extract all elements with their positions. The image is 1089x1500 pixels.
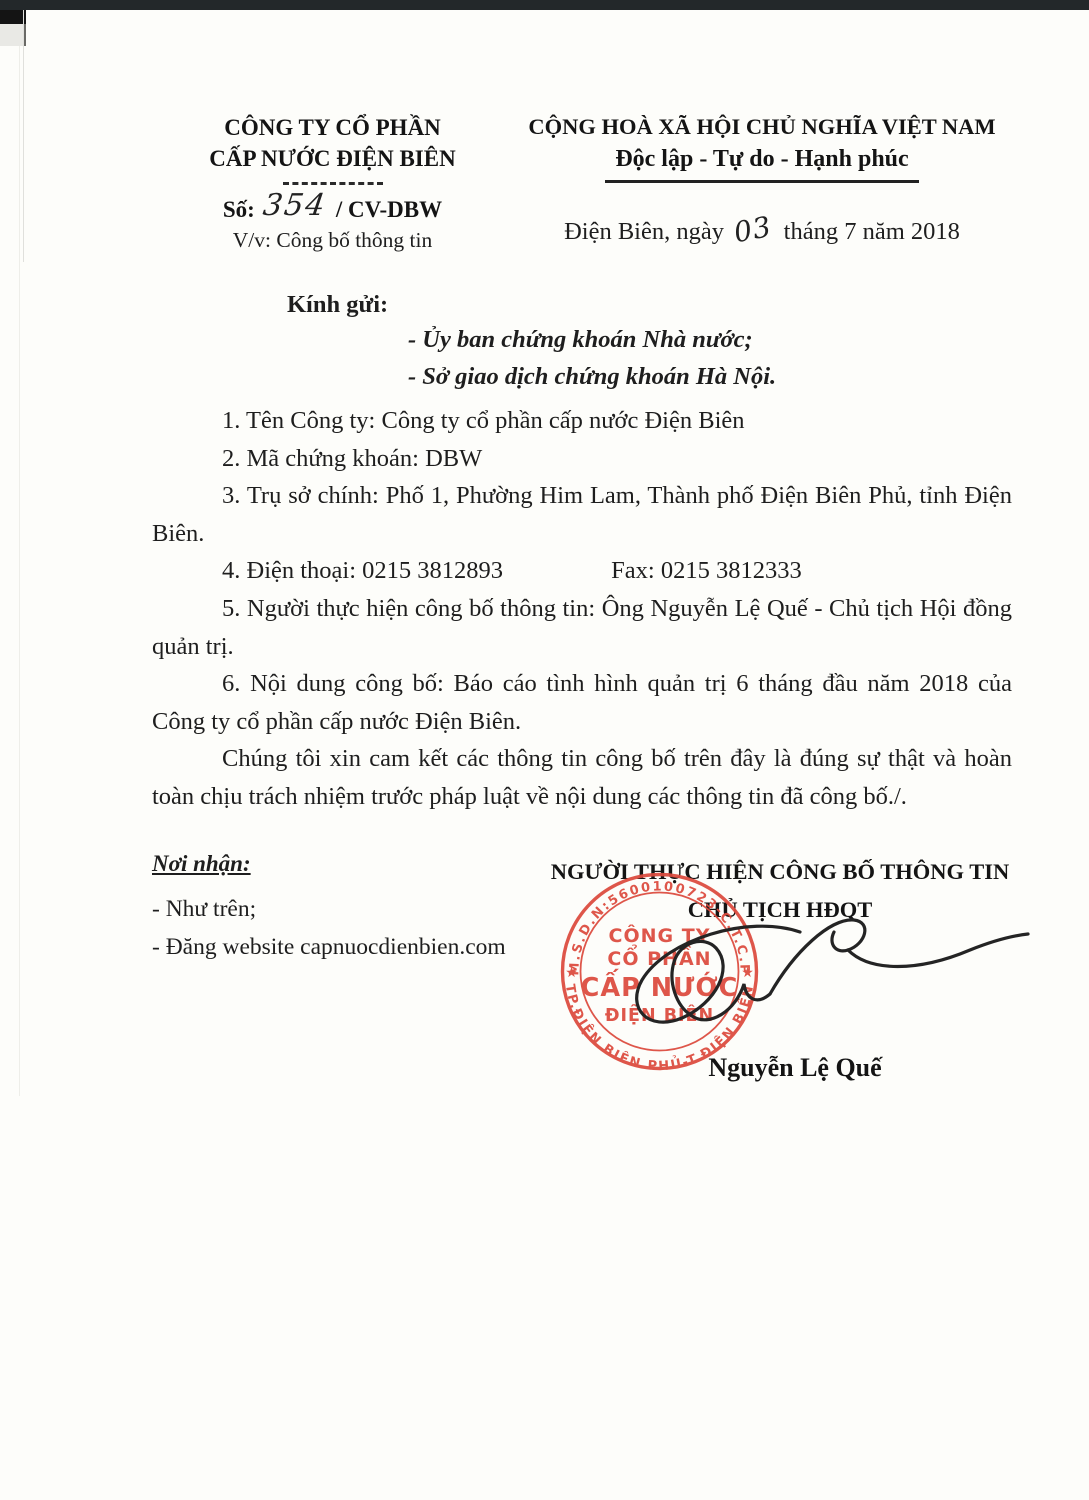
stamp-star-left-icon: ★ bbox=[565, 966, 578, 981]
scan-paper-edge-line bbox=[19, 0, 20, 1096]
issuer-name-line1: CÔNG TY CỔ PHẦN bbox=[185, 112, 480, 143]
phone-value: 4. Điện thoại: 0215 3812893 bbox=[222, 557, 503, 584]
body-item-1: 1. Tên Công ty: Công ty cổ phần cấp nước… bbox=[152, 402, 1012, 440]
national-motto-line2: Độc lập - Tự do - Hạnh phúc bbox=[605, 146, 918, 183]
document-number-suffix: / CV-DBW bbox=[336, 197, 442, 222]
cc-item: - Đăng website capnuocdienbien.com bbox=[152, 929, 506, 967]
letter-body: 1. Tên Công ty: Công ty cổ phần cấp nước… bbox=[152, 402, 1012, 816]
scan-bottom-dark-bar bbox=[0, 0, 1089, 10]
body-item-6: 6. Nội dung công bố: Báo cáo tình hình q… bbox=[152, 665, 1012, 740]
national-header: CỘNG HOÀ XÃ HỘI CHỦ NGHĨA VIỆT NAM Độc l… bbox=[492, 112, 1032, 246]
date-line: Điện Biên, ngày03tháng 7 năm 2018 bbox=[492, 213, 1032, 246]
recipient-list: - Ủy ban chứng khoán Nhà nước; - Sở giao… bbox=[408, 322, 776, 395]
date-suffix: tháng 7 năm 2018 bbox=[784, 218, 960, 245]
body-item-2: 2. Mã chứng khoán: DBW bbox=[152, 440, 1012, 478]
date-day-handwritten: 03 bbox=[731, 210, 774, 250]
body-item-5: 5. Người thực hiện công bố thông tin: Ôn… bbox=[152, 590, 1012, 665]
document-number-line: Số:354 / CV-DBW bbox=[185, 190, 480, 225]
document-number-handwritten: 354 bbox=[261, 188, 329, 223]
body-commitment: Chúng tôi xin cam kết các thông tin công… bbox=[152, 740, 1012, 815]
body-item-4: 4. Điện thoại: 0215 3812893 Fax: 0215 38… bbox=[152, 552, 1012, 590]
recipient-item: - Sở giao dịch chứng khoán Hà Nội. bbox=[408, 359, 776, 396]
date-prefix: Điện Biên, ngày bbox=[564, 218, 724, 245]
issuer-name-line2: CẤP NƯỚC ĐIỆN BIÊN bbox=[185, 143, 480, 174]
issuer-header: CÔNG TY CỔ PHẦN CẤP NƯỚC ĐIỆN BIÊN Số:35… bbox=[185, 112, 480, 253]
recipient-item: - Ủy ban chứng khoán Nhà nước; bbox=[408, 322, 776, 359]
cc-list: - Như trên; - Đăng website capnuocdienbi… bbox=[152, 891, 506, 966]
signer-name: Nguyễn Lệ Quế bbox=[615, 1053, 975, 1083]
document-subject: V/v: Công bố thông tin bbox=[185, 228, 480, 253]
body-item-3: 3. Trụ sở chính: Phố 1, Phường Him Lam, … bbox=[152, 477, 1012, 552]
scan-right-edge-line bbox=[1085, 0, 1087, 460]
cc-label: Nơi nhận: bbox=[152, 851, 251, 877]
fax-value: Fax: 0215 3812333 bbox=[611, 557, 802, 584]
salutation-label: Kính gửi: bbox=[287, 291, 388, 319]
document-number-label: Số: bbox=[223, 197, 255, 222]
scanned-letter-page: CÔNG TY CỔ PHẦN CẤP NƯỚC ĐIỆN BIÊN Số:35… bbox=[0, 0, 1089, 1500]
national-motto-line1: CỘNG HOÀ XÃ HỘI CHỦ NGHĨA VIỆT NAM bbox=[492, 112, 1032, 142]
dashed-divider bbox=[283, 182, 383, 185]
cc-item: - Như trên; bbox=[152, 891, 506, 929]
scan-artifact-vertical-line bbox=[23, 0, 24, 262]
